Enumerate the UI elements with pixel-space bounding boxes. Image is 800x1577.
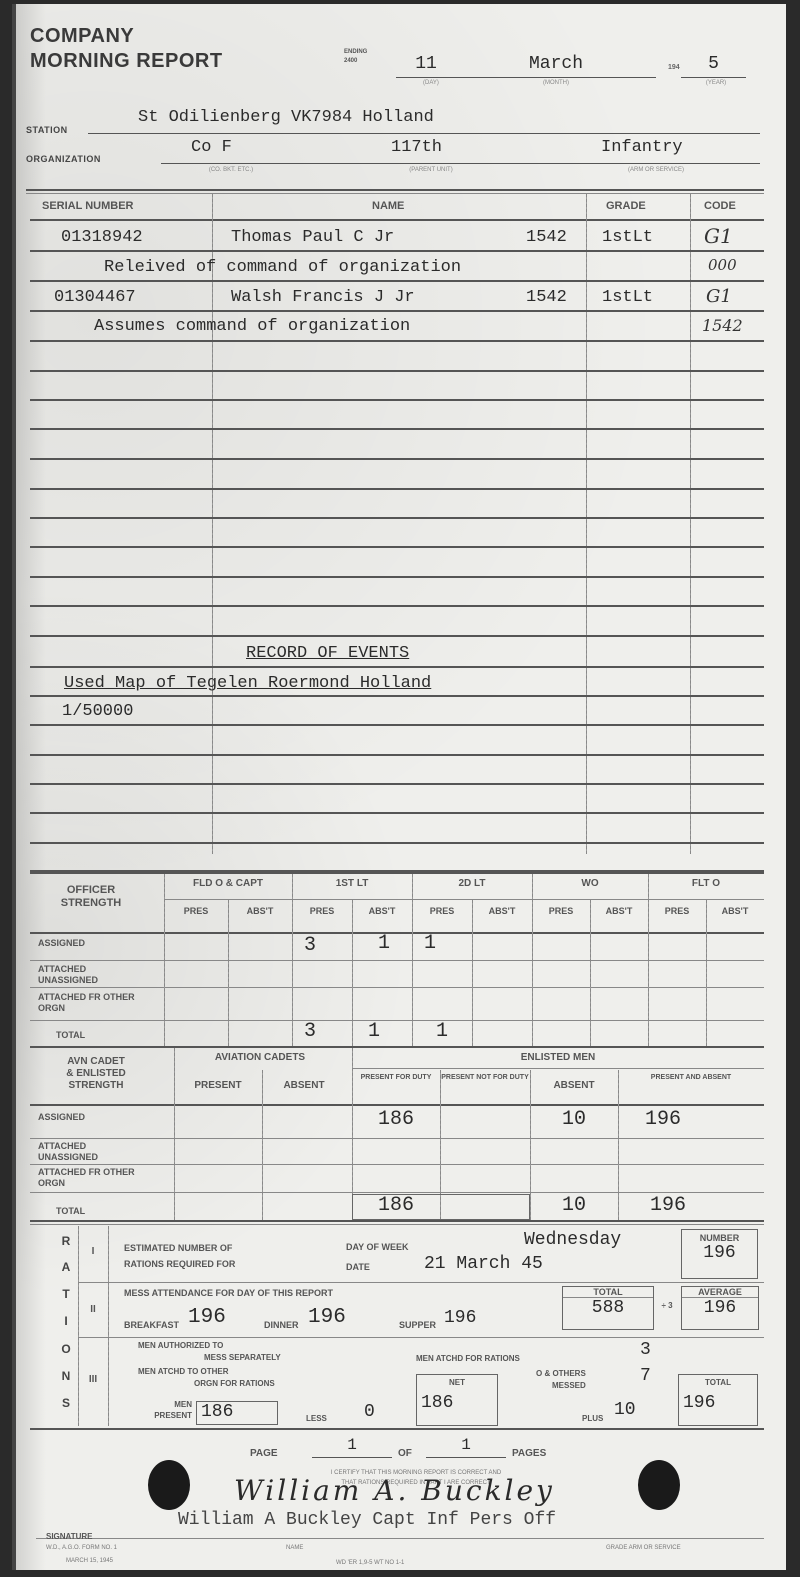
divider <box>26 189 764 191</box>
col-cadet-absent: ABSENT <box>262 1080 346 1091</box>
total-pages-field: 1 <box>426 1436 506 1458</box>
row-rule <box>30 340 764 342</box>
net-value: 186 <box>417 1387 497 1413</box>
row-rule <box>30 695 764 697</box>
total-pages: 1 <box>461 1436 471 1454</box>
form-title: COMPANY MORNING REPORT <box>30 24 223 74</box>
sub-abs: ABS'T <box>706 906 764 916</box>
rule <box>78 1282 764 1283</box>
label-line: MESS SEPARATELY <box>138 1352 281 1364</box>
officer-signature: William A. Buckley <box>234 1474 555 1507</box>
person-name: Thomas Paul C Jr <box>231 228 394 247</box>
label-line: MESSED <box>536 1380 586 1392</box>
total-value: 588 <box>563 1298 653 1318</box>
average-value: 196 <box>682 1298 758 1318</box>
section-rule <box>30 872 764 874</box>
breakfast-label: BREAKFAST <box>124 1320 179 1330</box>
column-rule <box>174 1048 175 1220</box>
row-rule <box>30 370 764 372</box>
row-rule <box>30 605 764 607</box>
col-cadet-present: PRESENT <box>174 1080 262 1091</box>
section-ii-numeral: II <box>78 1304 108 1315</box>
arm-value: Infantry <box>601 138 683 157</box>
rule <box>30 1192 764 1193</box>
number-label: NUMBER <box>682 1230 757 1243</box>
sub-pres: PRES <box>292 906 352 916</box>
rule <box>30 1138 764 1139</box>
page-number-field: 1 <box>312 1436 392 1458</box>
sub-abs: ABS'T <box>228 906 292 916</box>
page-label: PAGE <box>250 1448 278 1459</box>
rule <box>30 987 764 988</box>
report-day: 11 <box>396 54 456 78</box>
day-caption: (DAY) <box>411 80 451 86</box>
status-code: G1 <box>704 224 733 248</box>
average-label: AVERAGE <box>682 1287 758 1298</box>
supper-value: 196 <box>444 1308 476 1328</box>
title-line-1: COMPANY <box>30 24 223 49</box>
rations-letter: S <box>58 1396 74 1410</box>
column-rule <box>472 900 473 1046</box>
month-caption: (MONTH) <box>526 80 586 86</box>
morning-report-form: COMPANY MORNING REPORT ENDING 2400 11 (D… <box>12 4 786 1570</box>
total-1st-lt-pres: 3 <box>292 1020 328 1043</box>
year-value: 5 <box>708 54 719 74</box>
year-caption: (YEAR) <box>696 80 736 86</box>
row-rule <box>30 488 764 490</box>
title-line: AVN CADET <box>46 1056 146 1068</box>
column-rule <box>706 900 707 1046</box>
sub-pres: PRES <box>412 906 472 916</box>
column-rule <box>532 874 533 1046</box>
authorized-mess-label: MEN AUTHORIZED TO MESS SEPARATELY <box>138 1340 281 1364</box>
rule <box>164 899 764 900</box>
row-label-attached-unassigned: ATTACHED UNASSIGNED <box>38 964 128 986</box>
day-of-week-value: Wednesday <box>524 1230 621 1250</box>
section-iii-numeral: III <box>78 1374 108 1385</box>
form-date: MARCH 15, 1945 <box>66 1558 113 1564</box>
rule <box>30 1428 764 1430</box>
col-code: CODE <box>704 200 736 212</box>
group-2d-lt: 2D LT <box>412 878 532 889</box>
company-value: Co F <box>191 138 232 157</box>
stamp-hole-left <box>148 1460 190 1510</box>
form-bottom-text: WD 'ER 1,9-5 WT NO 1-1 <box>336 1560 404 1566</box>
dinner-label: DINNER <box>264 1320 299 1330</box>
title-line: & ENLISTED <box>46 1068 146 1080</box>
column-rule <box>412 874 413 1046</box>
column-rule <box>108 1226 109 1426</box>
row-label-attached-fr-other: ATTACHED FR OTHER ORGN <box>38 992 138 1014</box>
row-rule <box>30 783 764 785</box>
col-present-and-absent: PRESENT AND ABSENT <box>618 1072 764 1084</box>
row-label-attached-fr-other: ATTACHED FR OTHER ORGN <box>38 1167 138 1189</box>
row-rule <box>30 399 764 401</box>
group-fld-o-capt: FLD O & CAPT <box>164 878 292 889</box>
label-line: O & OTHERS <box>536 1368 586 1380</box>
assigned-absent: 10 <box>530 1108 618 1131</box>
row-rule <box>30 576 764 578</box>
label-line: ORGN FOR RATIONS <box>138 1378 275 1390</box>
parent-unit-value: 117th <box>391 138 442 157</box>
attached-other-orgn-label: MEN ATCHD TO OTHER ORGN FOR RATIONS <box>138 1366 275 1390</box>
row-label-assigned: ASSIGNED <box>38 938 85 948</box>
col-grade: GRADE <box>606 200 646 212</box>
month-value: March <box>529 54 583 74</box>
total-present-and-absent: 196 <box>618 1194 718 1217</box>
signature-label: SIGNATURE <box>46 1532 93 1541</box>
enlisted-men-header: ENLISTED MEN <box>352 1052 764 1063</box>
person-name: Walsh Francis J Jr <box>231 288 415 307</box>
signer-typed-name: William A Buckley Capt Inf Pers Off <box>178 1510 556 1530</box>
rule <box>352 1068 764 1069</box>
column-rule <box>164 874 165 1046</box>
title-line-2: MORNING REPORT <box>30 49 223 74</box>
page-number: 1 <box>347 1436 357 1454</box>
total-label: TOTAL <box>563 1287 653 1298</box>
assigned-1st-lt-pres: 3 <box>292 934 328 957</box>
net-box: NET 186 <box>416 1374 498 1426</box>
aviation-cadets-header: AVIATION CADETS <box>174 1052 346 1063</box>
breakfast-value: 196 <box>188 1306 226 1329</box>
report-month: March <box>456 54 656 78</box>
column-rule <box>228 900 229 1046</box>
assigned-1st-lt-abs: 1 <box>366 932 402 955</box>
divider <box>26 193 764 194</box>
column-rule <box>648 874 649 1046</box>
year-label: 194 <box>668 64 680 71</box>
enlisted-strength-title: AVN CADET & ENLISTED STRENGTH <box>46 1056 146 1092</box>
row-rule <box>30 724 764 726</box>
label-line: MEN ATCHD TO OTHER <box>138 1366 275 1378</box>
less-value: 0 <box>364 1402 375 1422</box>
total-label: TOTAL <box>679 1375 757 1387</box>
mess-total-box: TOTAL 588 <box>562 1286 654 1330</box>
row-rule <box>30 428 764 430</box>
less-label: LESS <box>306 1414 327 1423</box>
name-caption: NAME <box>286 1545 303 1551</box>
arm-caption: (ARM OR SERVICE) <box>611 167 701 173</box>
remark-text: Assumes command of organization <box>94 317 410 336</box>
men-present-label: MEN PRESENT <box>146 1399 192 1421</box>
row-rule <box>30 842 764 844</box>
rule <box>30 1224 764 1225</box>
estimated-rations-label: ESTIMATED NUMBER OF RATIONS REQUIRED FOR <box>124 1240 235 1272</box>
row-label-assigned: ASSIGNED <box>38 1112 85 1122</box>
rations-letter: N <box>58 1369 74 1383</box>
row-label-total: TOTAL <box>56 1206 85 1216</box>
of-label: OF <box>398 1448 412 1459</box>
sub-abs: ABS'T <box>472 906 532 916</box>
label-line: ESTIMATED NUMBER OF <box>124 1240 235 1256</box>
sub-abs: ABS'T <box>590 906 648 916</box>
row-rule <box>30 754 764 756</box>
total-1st-lt-abs: 1 <box>356 1020 392 1043</box>
pages-label: PAGES <box>512 1448 546 1459</box>
average-box: AVERAGE 196 <box>681 1286 759 1330</box>
rule <box>30 1104 764 1106</box>
supper-label: SUPPER <box>399 1320 436 1330</box>
sub-pres: PRES <box>532 906 590 916</box>
others-messed-value: 7 <box>640 1366 651 1386</box>
row-label-attached-unassigned: ATTACHED UNASSIGNED <box>38 1141 128 1163</box>
col-present-not-for-duty: PRESENT NOT FOR DUTY <box>440 1072 530 1084</box>
officer-strength-title: OFFICER STRENGTH <box>46 884 136 910</box>
row-rule <box>30 546 764 548</box>
label-line: RATIONS REQUIRED FOR <box>124 1256 235 1272</box>
others-messed-label: O & OTHERS MESSED <box>536 1368 586 1392</box>
status-code: 1542 <box>702 316 743 335</box>
rule <box>30 1046 764 1048</box>
total-present-for-duty: 186 <box>352 1194 440 1217</box>
serial-number: 01304467 <box>54 288 136 307</box>
number-box: NUMBER 196 <box>681 1229 758 1279</box>
rations-letter: T <box>58 1287 74 1301</box>
company-caption: (CO. BKT. ETC.) <box>191 167 271 173</box>
report-year: 5 <box>681 54 746 78</box>
attached-for-rations-label: MEN ATCHD FOR RATIONS <box>416 1354 520 1363</box>
divider <box>30 219 764 221</box>
plus-label: PLUS <box>582 1414 603 1423</box>
plus-value: 10 <box>614 1400 636 1420</box>
rations-letter: A <box>58 1260 74 1274</box>
col-name: NAME <box>372 200 404 212</box>
men-present-value: 186 <box>197 1402 277 1422</box>
col-serial-number: SERIAL NUMBER <box>42 200 133 212</box>
column-rule <box>262 1070 263 1220</box>
divide-by-3: ÷ 3 <box>656 1300 678 1312</box>
station-label: STATION <box>26 125 68 135</box>
grade-caption: GRADE ARM OR SERVICE <box>606 1545 681 1551</box>
organization-label: ORGANIZATION <box>26 154 101 164</box>
rations-letter: R <box>58 1234 74 1248</box>
row-rule <box>30 666 764 668</box>
number-value: 196 <box>682 1243 757 1263</box>
row-label-total: TOTAL <box>56 1030 85 1040</box>
rule <box>30 1020 764 1021</box>
record-of-events-line: Used Map of Tegelen Roermond Holland <box>64 674 431 693</box>
rule <box>30 1164 764 1165</box>
day-of-week-label: DAY OF WEEK <box>346 1242 409 1252</box>
section-i-numeral: I <box>78 1246 108 1257</box>
row-rule <box>30 635 764 637</box>
col-absent: ABSENT <box>530 1080 618 1091</box>
rule <box>78 1337 764 1338</box>
column-rule <box>590 900 591 1046</box>
sub-abs: ABS'T <box>352 906 412 916</box>
group-wo: WO <box>532 878 648 889</box>
grade: 1stLt <box>602 288 653 307</box>
group-1st-lt: 1ST LT <box>292 878 412 889</box>
dinner-value: 196 <box>308 1306 346 1329</box>
title-line: OFFICER <box>46 884 136 897</box>
men-present-box: 186 <box>196 1401 278 1425</box>
mess-attendance-label: MESS ATTENDANCE FOR DAY OF THIS REPORT <box>124 1288 333 1298</box>
date-label: DATE <box>346 1262 370 1272</box>
title-line: STRENGTH <box>46 1080 146 1092</box>
col-present-for-duty: PRESENT FOR DUTY <box>352 1072 440 1084</box>
group-flt-o: FLT O <box>648 878 764 889</box>
assigned-2d-lt-pres: 1 <box>412 932 448 955</box>
row-rule <box>30 812 764 814</box>
grade: 1stLt <box>602 228 653 247</box>
column-rule <box>352 900 353 1046</box>
remark-text: Releived of command of organization <box>104 258 461 277</box>
total-2d-lt-pres: 1 <box>424 1020 460 1043</box>
total-absent: 10 <box>530 1194 618 1217</box>
record-of-events-line: 1/50000 <box>62 702 133 721</box>
form-number: W.D., A.G.O. FORM NO. 1 <box>46 1545 117 1551</box>
rations-letter: O <box>58 1342 74 1356</box>
row-rule <box>30 310 764 312</box>
station-field: St Odilienberg VK7984 Holland <box>88 106 760 134</box>
row-rule <box>30 250 764 252</box>
row-rule <box>30 517 764 519</box>
parent-caption: (PARENT UNIT) <box>391 167 471 173</box>
assigned-present-and-absent: 196 <box>618 1108 708 1131</box>
net-label: NET <box>417 1375 497 1387</box>
record-of-events-heading: RECORD OF EVENTS <box>246 644 409 663</box>
row-rule <box>30 280 764 282</box>
stamp-hole-right <box>638 1460 680 1510</box>
day-value: 11 <box>415 54 437 74</box>
mos-code: 1542 <box>526 228 567 247</box>
ending-label: ENDING 2400 <box>344 48 382 66</box>
label-line: MEN AUTHORIZED TO <box>138 1340 281 1352</box>
row-rule <box>30 458 764 460</box>
assigned-present-for-duty: 186 <box>352 1108 440 1131</box>
status-code: 000 <box>708 256 737 274</box>
serial-number: 01318942 <box>61 228 143 247</box>
rule <box>36 1538 764 1539</box>
attached-for-rations-value: 3 <box>640 1340 651 1360</box>
sub-pres: PRES <box>648 906 706 916</box>
station-value: St Odilienberg VK7984 Holland <box>138 108 434 127</box>
total-value: 196 <box>679 1387 757 1413</box>
rations-letter: I <box>58 1314 74 1328</box>
sub-pres: PRES <box>164 906 228 916</box>
date-value: 21 March 45 <box>424 1254 543 1274</box>
rations-total-box: TOTAL 196 <box>678 1374 758 1426</box>
status-code: G1 <box>706 286 732 307</box>
title-line: STRENGTH <box>46 897 136 910</box>
rule <box>30 960 764 961</box>
rule <box>30 1220 764 1222</box>
mos-code: 1542 <box>526 288 567 307</box>
